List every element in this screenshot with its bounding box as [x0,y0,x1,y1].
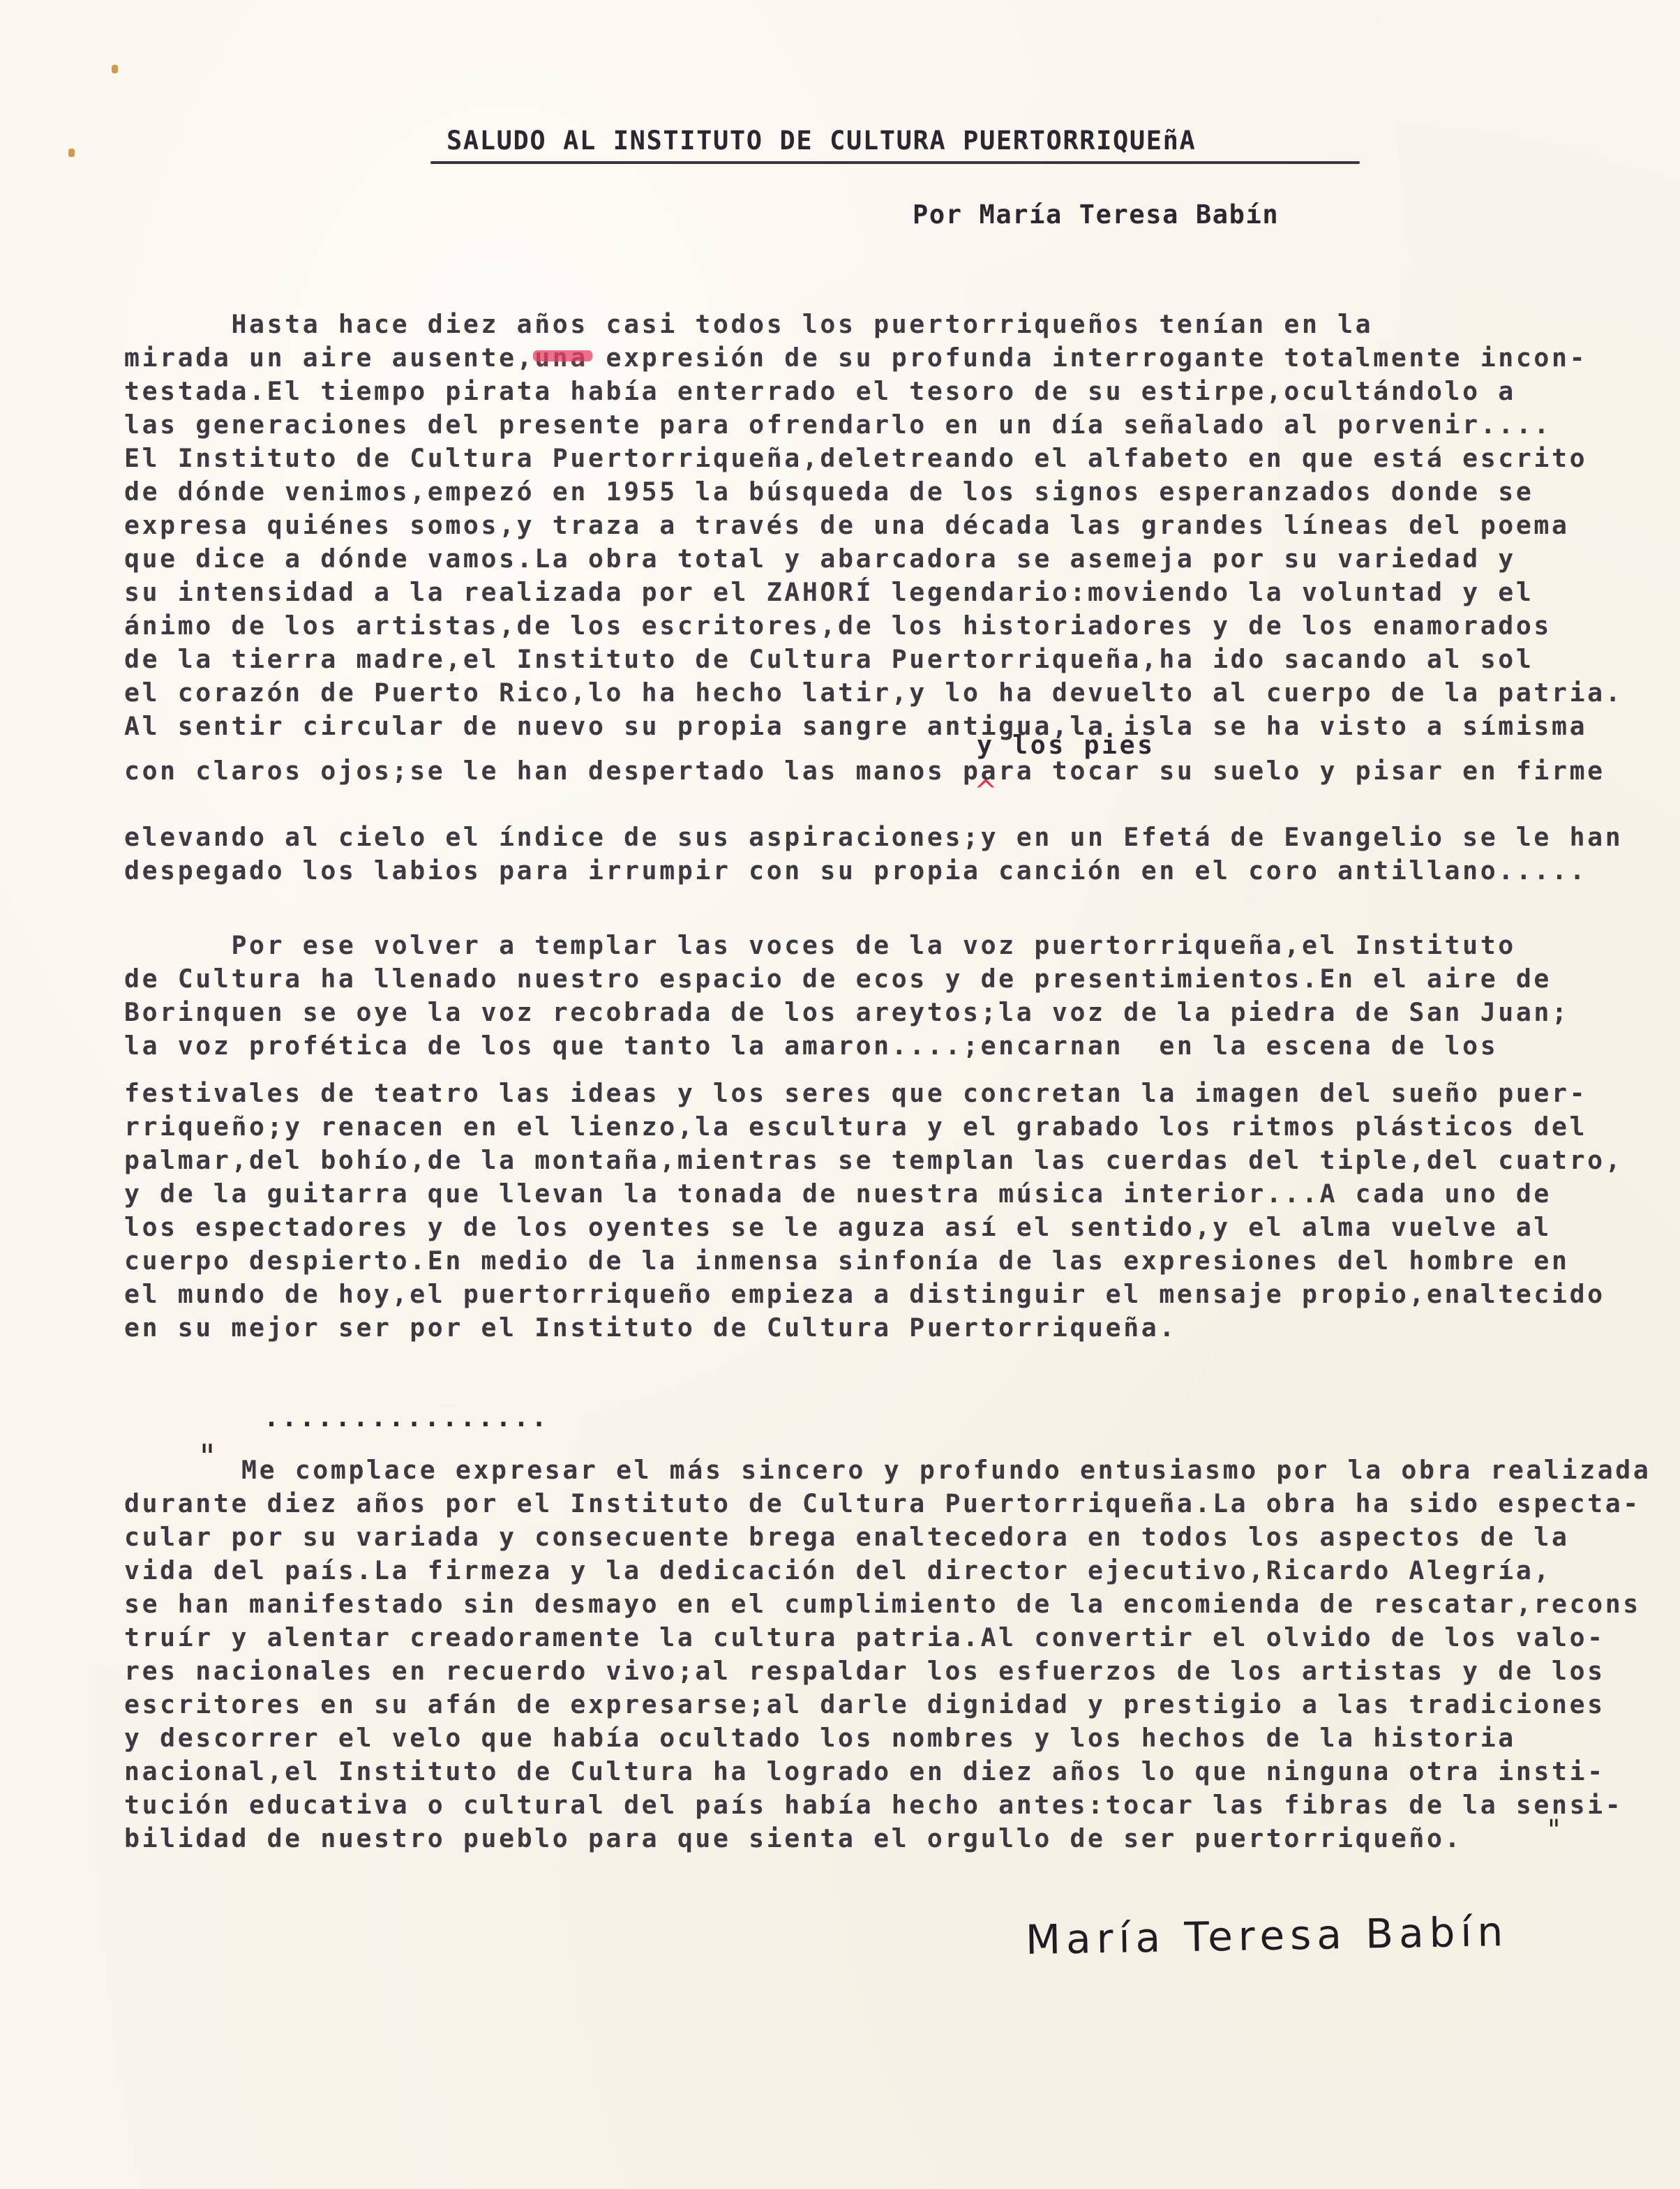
text-line: y descorrer el velo que había ocultado l… [124,1723,1516,1753]
text-line: tución educativa o cultural del país hab… [124,1790,1623,1820]
line-text: mirada un aire ausente, [124,343,534,373]
text-line: cular por su variada y consecuente brega… [124,1522,1570,1552]
text-line: que dice a dónde vamos.La obra total y a… [124,544,1516,574]
text-line: el corazón de Puerto Rico,lo ha hecho la… [124,678,1623,708]
line-text: expresión de su profunda interrogante to… [588,343,1587,373]
insertion-caret-icon: ^ [974,775,998,807]
text-line: expresa quiénes somos,y traza a través d… [124,510,1570,540]
text-line: ánimo de los artistas,de los escritores,… [124,611,1552,641]
text-line: y de la guitarra que llevan la tonada de… [124,1179,1552,1209]
text-line: vida del país.La firmeza y la dedicación… [124,1555,1552,1585]
text-line: Hasta hace diez años casi todos los puer… [124,309,1373,339]
text-line: nacional,el Instituto de Cultura ha logr… [124,1756,1605,1786]
section-separator: ................ [264,1403,549,1433]
text-line: Al sentir circular de nuevo su propia sa… [124,711,1587,741]
text-line: su intensidad a la realizada por el ZAHO… [124,577,1533,607]
text-line: bilidad de nuestro pueblo para que sient… [124,1823,1462,1853]
text-line: testada.El tiempo pirata había enterrado… [124,376,1516,406]
handwritten-signature: María Teresa Babín [1025,1908,1508,1964]
text-line: El Instituto de Cultura Puertorriqueña,d… [124,443,1587,473]
text-line: Me complace expresar el más sincero y pr… [241,1455,1651,1485]
text-line: Borinquen se oye la voz recobrada de los… [124,997,1570,1027]
text-line: se han manifestado sin desmayo en el cum… [124,1589,1641,1619]
text-line: los espectadores y de los oyentes se le … [124,1212,1552,1242]
text-line: escritores en su afán de expresarse;al d… [124,1689,1605,1719]
text-line: de dónde venimos,empezó en 1955 la búsqu… [124,477,1533,507]
text-line: truír y alentar creadoramente la cultura… [124,1622,1605,1652]
byline: Por María Teresa Babín [913,200,1279,230]
text-line: en su mejor ser por el Instituto de Cult… [124,1313,1177,1343]
text-line: las generaciones del presente para ofren… [124,410,1552,440]
staple-mark [68,149,75,157]
text-line: mirada un aire ausente,una expresión de … [124,343,1587,373]
document-title: SALUDO AL INSTITUTO DE CULTURA PUERTORRI… [447,126,1196,156]
close-quote-mark: " [1547,1814,1560,1846]
text-line: festivales de teatro las ideas y los ser… [124,1078,1587,1108]
text-line: elevando al cielo el índice de sus aspir… [124,822,1623,852]
text-line: la voz profética de los que tanto la ama… [124,1031,1498,1061]
text-line: cuerpo despierto.En medio de la inmensa … [124,1246,1570,1276]
staple-mark [112,65,118,73]
text-line: rriqueño;y renacen en el lienzo,la escul… [124,1112,1587,1142]
text-line: Por ese volver a templar las voces de la… [124,930,1516,960]
title-underline [430,161,1360,164]
text-line: despegado los labios para irrumpir con s… [124,856,1587,886]
text-line: de la tierra madre,el Instituto de Cultu… [124,644,1533,674]
struck-word: una [534,343,588,373]
open-quote-mark: " [200,1437,215,1477]
text-line: el mundo de hoy,el puertorriqueño empiez… [124,1279,1605,1309]
text-line: con claros ojos;se le han despertado las… [124,756,1605,786]
text-line: de Cultura ha llenado nuestro espacio de… [124,964,1552,994]
text-line: durante diez años por el Instituto de Cu… [124,1488,1641,1518]
text-line: res nacionales en recuerdo vivo;al respa… [124,1656,1605,1686]
text-line: palmar,del bohío,de la montaña,mientras … [124,1145,1623,1175]
